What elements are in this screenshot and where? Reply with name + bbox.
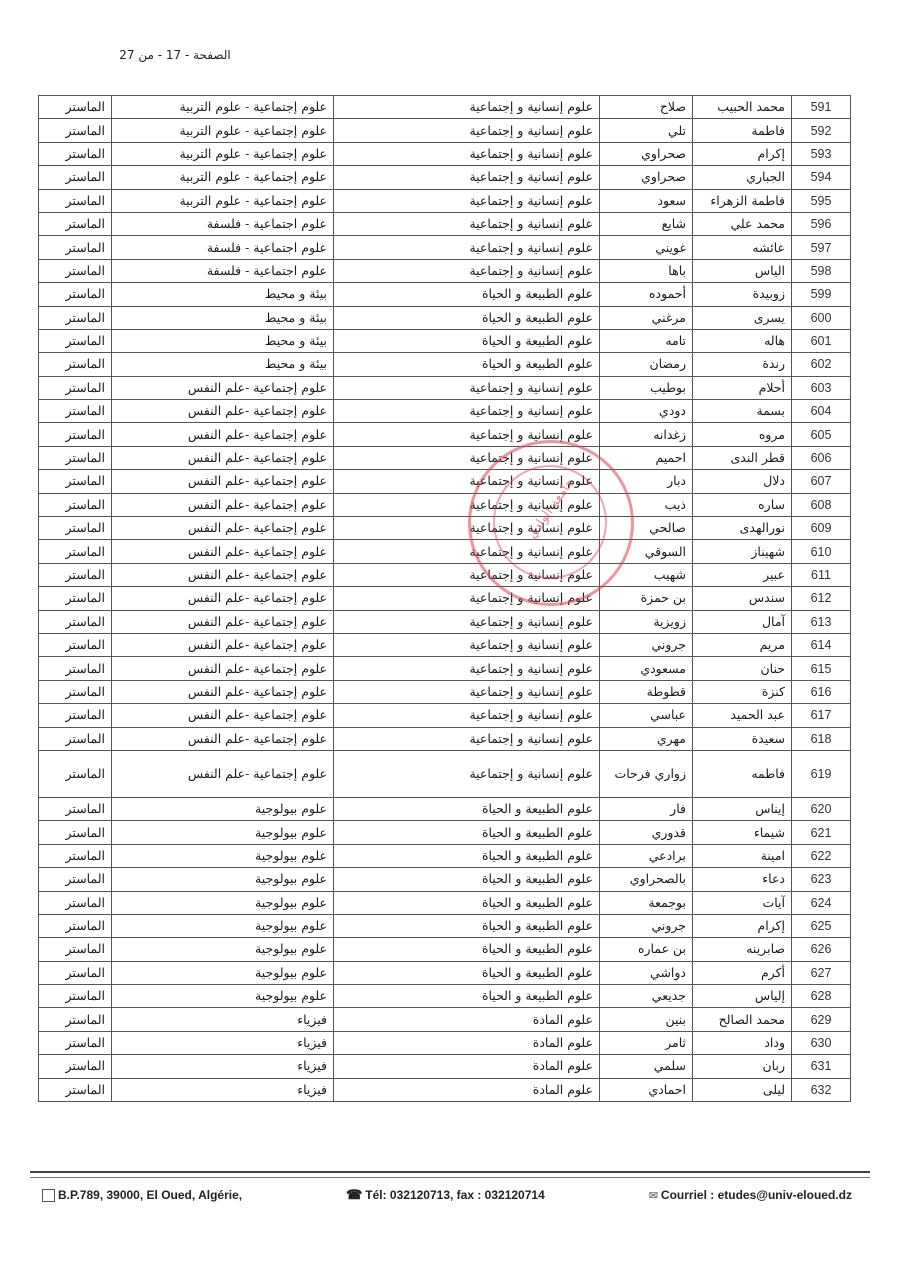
cell-first-name: نورالهدى — [693, 517, 792, 540]
cell-level: الماستر — [39, 259, 112, 282]
cell-specialty: علوم إجتماعية -علم النفس — [112, 470, 334, 493]
cell-first-name: إكرام — [693, 142, 792, 165]
cell-domain: علوم إنسانية و إجتماعية — [334, 236, 600, 259]
cell-last-name: فار — [600, 797, 693, 820]
cell-row-number: 627 — [792, 961, 851, 984]
cell-level: الماستر — [39, 657, 112, 680]
cell-level: الماستر — [39, 142, 112, 165]
cell-first-name: إلياس — [693, 985, 792, 1008]
cell-last-name: بنين — [600, 1008, 693, 1031]
table-row: 624آياتبوجمعةعلوم الطبيعة و الحياةعلوم ب… — [39, 891, 851, 914]
cell-first-name: فاطمه — [693, 750, 792, 797]
cell-specialty: بيئة و محيط — [112, 353, 334, 376]
mailbox-icon — [42, 1189, 55, 1202]
cell-specialty: علوم إجتماعية -علم النفس — [112, 446, 334, 469]
cell-specialty: علوم إجتماعية -علم النفس — [112, 727, 334, 750]
cell-specialty: علوم إجتماعية -علم النفس — [112, 704, 334, 727]
cell-domain: علوم الطبيعة و الحياة — [334, 329, 600, 352]
cell-level: الماستر — [39, 96, 112, 119]
cell-domain: علوم إنسانية و إجتماعية — [334, 633, 600, 656]
cell-first-name: مريم — [693, 633, 792, 656]
cell-domain: علوم المادة — [334, 1008, 600, 1031]
cell-row-number: 603 — [792, 376, 851, 399]
cell-last-name: باها — [600, 259, 693, 282]
cell-first-name: وداد — [693, 1031, 792, 1054]
cell-last-name: صالحي — [600, 517, 693, 540]
cell-domain: علوم إنسانية و إجتماعية — [334, 704, 600, 727]
cell-domain: علوم إنسانية و إجتماعية — [334, 610, 600, 633]
cell-level: الماستر — [39, 470, 112, 493]
cell-last-name: أحموده — [600, 283, 693, 306]
cell-specialty: علوم إجتماعية -علم النفس — [112, 563, 334, 586]
cell-level: الماستر — [39, 236, 112, 259]
cell-domain: علوم الطبيعة و الحياة — [334, 306, 600, 329]
cell-last-name: قدوري — [600, 821, 693, 844]
cell-domain: علوم إنسانية و إجتماعية — [334, 493, 600, 516]
cell-specialty: علوم إجتماعية -علم النفس — [112, 423, 334, 446]
table-row: 620إيناسفارعلوم الطبيعة و الحياةعلوم بيو… — [39, 797, 851, 820]
cell-first-name: دعاء — [693, 868, 792, 891]
cell-specialty: علوم بيولوجية — [112, 844, 334, 867]
cell-specialty: علوم بيولوجية — [112, 985, 334, 1008]
cell-specialty: فيزياء — [112, 1055, 334, 1078]
cell-level: الماستر — [39, 938, 112, 961]
cell-level: الماستر — [39, 329, 112, 352]
table-row: 622امينةبرادعيعلوم الطبيعة و الحياةعلوم … — [39, 844, 851, 867]
cell-last-name: جروني — [600, 633, 693, 656]
table-row: 612سندسبن حمزةعلوم إنسانية و إجتماعيةعلو… — [39, 587, 851, 610]
cell-domain: علوم إنسانية و إجتماعية — [334, 400, 600, 423]
cell-level: الماستر — [39, 891, 112, 914]
cell-first-name: شهيناز — [693, 540, 792, 563]
table-row: 619فاطمهزواري فرحاتعلوم إنسانية و إجتماع… — [39, 750, 851, 797]
table-row: 605مروهزغدانهعلوم إنسانية و إجتماعيةعلوم… — [39, 423, 851, 446]
cell-level: الماستر — [39, 750, 112, 797]
cell-domain: علوم إنسانية و إجتماعية — [334, 727, 600, 750]
cell-first-name: فاطمة الزهراء — [693, 189, 792, 212]
cell-specialty: علوم إجتماعية -علم النفس — [112, 657, 334, 680]
cell-last-name: بن عماره — [600, 938, 693, 961]
cell-domain: علوم إنسانية و إجتماعية — [334, 680, 600, 703]
cell-level: الماستر — [39, 119, 112, 142]
cell-row-number: 602 — [792, 353, 851, 376]
cell-specialty: علوم إجتماعية -علم النفس — [112, 540, 334, 563]
cell-domain: علوم إنسانية و إجتماعية — [334, 446, 600, 469]
cell-domain: علوم إنسانية و إجتماعية — [334, 587, 600, 610]
cell-first-name: إيناس — [693, 797, 792, 820]
cell-last-name: جروني — [600, 914, 693, 937]
cell-row-number: 620 — [792, 797, 851, 820]
cell-level: الماستر — [39, 212, 112, 235]
cell-row-number: 614 — [792, 633, 851, 656]
cell-row-number: 625 — [792, 914, 851, 937]
cell-level: الماستر — [39, 961, 112, 984]
cell-last-name: احميم — [600, 446, 693, 469]
table-row: 627أكرمدواشيعلوم الطبيعة و الحياةعلوم بي… — [39, 961, 851, 984]
cell-specialty: علوم بيولوجية — [112, 961, 334, 984]
cell-domain: علوم إنسانية و إجتماعية — [334, 212, 600, 235]
cell-level: الماستر — [39, 985, 112, 1008]
cell-first-name: بسمة — [693, 400, 792, 423]
cell-row-number: 592 — [792, 119, 851, 142]
cell-first-name: عبد الحميد — [693, 704, 792, 727]
cell-first-name: يسرى — [693, 306, 792, 329]
cell-row-number: 601 — [792, 329, 851, 352]
table-row: 595فاطمة الزهراءسعودعلوم إنسانية و إجتما… — [39, 189, 851, 212]
cell-first-name: آيات — [693, 891, 792, 914]
cell-first-name: آمال — [693, 610, 792, 633]
cell-first-name: ليلى — [693, 1078, 792, 1101]
cell-specialty: علوم إجتماعية -علم النفس — [112, 587, 334, 610]
cell-specialty: فيزياء — [112, 1008, 334, 1031]
cell-level: الماستر — [39, 868, 112, 891]
cell-specialty: علوم إجتماعية -علم النفس — [112, 680, 334, 703]
table-row: 611عبيرشهيبعلوم إنسانية و إجتماعيةعلوم إ… — [39, 563, 851, 586]
footer: B.P.789, 39000, El Oued, Algérie, ☎ Tél:… — [42, 1187, 852, 1203]
cell-level: الماستر — [39, 914, 112, 937]
table-row: 616كنزةقطوطةعلوم إنسانية و إجتماعيةعلوم … — [39, 680, 851, 703]
cell-level: الماستر — [39, 400, 112, 423]
cell-level: الماستر — [39, 844, 112, 867]
cell-domain: علوم إنسانية و إجتماعية — [334, 423, 600, 446]
cell-domain: علوم الطبيعة و الحياة — [334, 844, 600, 867]
cell-domain: علوم الطبيعة و الحياة — [334, 961, 600, 984]
cell-row-number: 618 — [792, 727, 851, 750]
footer-divider — [30, 1171, 870, 1178]
cell-last-name: زواري فرحات — [600, 750, 693, 797]
table-row: 618سعيدةمهريعلوم إنسانية و إجتماعيةعلوم … — [39, 727, 851, 750]
cell-last-name: تلي — [600, 119, 693, 142]
cell-level: الماستر — [39, 446, 112, 469]
cell-last-name: سعود — [600, 189, 693, 212]
cell-last-name: رمضان — [600, 353, 693, 376]
cell-row-number: 623 — [792, 868, 851, 891]
cell-specialty: علوم إجتماعية -علم النفس — [112, 633, 334, 656]
cell-last-name: مسعودي — [600, 657, 693, 680]
cell-last-name: برادعي — [600, 844, 693, 867]
table-row: 621شيماءقدوريعلوم الطبيعة و الحياةعلوم ب… — [39, 821, 851, 844]
cell-last-name: بن حمزة — [600, 587, 693, 610]
cell-last-name: دواشي — [600, 961, 693, 984]
cell-level: الماستر — [39, 821, 112, 844]
email-text: Courriel : etudes@univ-eloued.dz — [661, 1188, 852, 1202]
cell-last-name: بوجمعة — [600, 891, 693, 914]
cell-specialty: علوم بيولوجية — [112, 821, 334, 844]
cell-row-number: 631 — [792, 1055, 851, 1078]
cell-domain: علوم الطبيعة و الحياة — [334, 868, 600, 891]
cell-last-name: جديعي — [600, 985, 693, 1008]
cell-first-name: رندة — [693, 353, 792, 376]
cell-row-number: 597 — [792, 236, 851, 259]
footer-phone: ☎ Tél: 032120713, fax : 032120714 — [346, 1187, 545, 1203]
cell-first-name: دلال — [693, 470, 792, 493]
cell-specialty: علوم إجتماعية - علوم التربية — [112, 119, 334, 142]
cell-first-name: محمد الحبيب — [693, 96, 792, 119]
cell-first-name: هاله — [693, 329, 792, 352]
cell-row-number: 622 — [792, 844, 851, 867]
cell-last-name: عباسي — [600, 704, 693, 727]
cell-row-number: 626 — [792, 938, 851, 961]
cell-row-number: 598 — [792, 259, 851, 282]
cell-first-name: إكرام — [693, 914, 792, 937]
cell-last-name: زغدانه — [600, 423, 693, 446]
cell-level: الماستر — [39, 587, 112, 610]
cell-domain: علوم إنسانية و إجتماعية — [334, 119, 600, 142]
cell-row-number: 611 — [792, 563, 851, 586]
cell-last-name: احمادي — [600, 1078, 693, 1101]
cell-specialty: علوم بيولوجية — [112, 797, 334, 820]
cell-row-number: 632 — [792, 1078, 851, 1101]
cell-first-name: سعيدة — [693, 727, 792, 750]
table-row: 617عبد الحميدعباسيعلوم إنسانية و إجتماعي… — [39, 704, 851, 727]
cell-row-number: 615 — [792, 657, 851, 680]
cell-row-number: 608 — [792, 493, 851, 516]
table-row: 591محمد الحبيبصلاحعلوم إنسانية و إجتماعي… — [39, 96, 851, 119]
address-text: B.P.789, 39000, El Oued, Algérie, — [58, 1188, 242, 1202]
cell-specialty: علوم إجتماعية - علوم التربية — [112, 142, 334, 165]
cell-level: الماستر — [39, 376, 112, 399]
cell-domain: علوم إنسانية و إجتماعية — [334, 189, 600, 212]
cell-first-name: صابرينه — [693, 938, 792, 961]
cell-row-number: 596 — [792, 212, 851, 235]
table-row: 603أحلامبوطيبعلوم إنسانية و إجتماعيةعلوم… — [39, 376, 851, 399]
cell-specialty: بيئة و محيط — [112, 329, 334, 352]
cell-domain: علوم الطبيعة و الحياة — [334, 353, 600, 376]
cell-domain: علوم إنسانية و إجتماعية — [334, 142, 600, 165]
cell-domain: علوم إنسانية و إجتماعية — [334, 470, 600, 493]
cell-specialty: علوم إجتماعية - علوم التربية — [112, 166, 334, 189]
cell-row-number: 619 — [792, 750, 851, 797]
cell-level: الماستر — [39, 353, 112, 376]
cell-last-name: بالصحراوي — [600, 868, 693, 891]
cell-specialty: علوم بيولوجية — [112, 868, 334, 891]
cell-row-number: 610 — [792, 540, 851, 563]
cell-first-name: حنان — [693, 657, 792, 680]
table-row: 596محمد عليشايععلوم إنسانية و إجتماعيةعل… — [39, 212, 851, 235]
cell-specialty: فيزياء — [112, 1078, 334, 1101]
cell-domain: علوم إنسانية و إجتماعية — [334, 96, 600, 119]
cell-domain: علوم إنسانية و إجتماعية — [334, 540, 600, 563]
cell-last-name: ذيب — [600, 493, 693, 516]
table-row: 613آمالزويزيةعلوم إنسانية و إجتماعيةعلوم… — [39, 610, 851, 633]
cell-specialty: علوم بيولوجية — [112, 914, 334, 937]
page-indicator: الصفحة - 17 - من 27 — [100, 48, 250, 62]
table-row: 632ليلىاحماديعلوم المادةفيزياءالماستر — [39, 1078, 851, 1101]
cell-row-number: 629 — [792, 1008, 851, 1031]
cell-row-number: 604 — [792, 400, 851, 423]
cell-domain: علوم إنسانية و إجتماعية — [334, 563, 600, 586]
cell-row-number: 617 — [792, 704, 851, 727]
cell-specialty: علوم إجتماعية -علم النفس — [112, 750, 334, 797]
cell-first-name: سندس — [693, 587, 792, 610]
cell-level: الماستر — [39, 727, 112, 750]
table-row: 629محمد الصالحبنينعلوم المادةفيزياءالماس… — [39, 1008, 851, 1031]
cell-specialty: علوم إجتماعية -علم النفس — [112, 610, 334, 633]
envelope-icon: ✉ — [649, 1189, 658, 1202]
cell-row-number: 624 — [792, 891, 851, 914]
cell-row-number: 612 — [792, 587, 851, 610]
table-row: 592فاطمةتليعلوم إنسانية و إجتماعيةعلوم إ… — [39, 119, 851, 142]
cell-specialty: علوم إجتماعية - علوم التربية — [112, 96, 334, 119]
table-row: 631ربانسلميعلوم المادةفيزياءالماستر — [39, 1055, 851, 1078]
table-row: 610شهينازالسوقيعلوم إنسانية و إجتماعيةعل… — [39, 540, 851, 563]
cell-first-name: شيماء — [693, 821, 792, 844]
cell-last-name: دودي — [600, 400, 693, 423]
cell-first-name: محمد الصالح — [693, 1008, 792, 1031]
table-row: 601هالهتامهعلوم الطبيعة و الحياةبيئة و م… — [39, 329, 851, 352]
cell-last-name: سلمي — [600, 1055, 693, 1078]
table-row: 614مريمجرونيعلوم إنسانية و إجتماعيةعلوم … — [39, 633, 851, 656]
cell-first-name: ساره — [693, 493, 792, 516]
cell-first-name: امينة — [693, 844, 792, 867]
cell-level: الماستر — [39, 1055, 112, 1078]
cell-domain: علوم الطبيعة و الحياة — [334, 938, 600, 961]
cell-last-name: صحراوي — [600, 166, 693, 189]
cell-row-number: 600 — [792, 306, 851, 329]
cell-specialty: بيئة و محيط — [112, 306, 334, 329]
cell-last-name: قطوطة — [600, 680, 693, 703]
cell-last-name: ثامر — [600, 1031, 693, 1054]
table-row: 615حنانمسعوديعلوم إنسانية و إجتماعيةعلوم… — [39, 657, 851, 680]
cell-domain: علوم إنسانية و إجتماعية — [334, 166, 600, 189]
cell-first-name: مروه — [693, 423, 792, 446]
cell-domain: علوم الطبيعة و الحياة — [334, 821, 600, 844]
cell-level: الماستر — [39, 493, 112, 516]
cell-row-number: 609 — [792, 517, 851, 540]
cell-first-name: زوبيدة — [693, 283, 792, 306]
cell-row-number: 616 — [792, 680, 851, 703]
table-row: 593إكرامصحراويعلوم إنسانية و إجتماعيةعلو… — [39, 142, 851, 165]
cell-specialty: بيئة و محيط — [112, 283, 334, 306]
cell-row-number: 630 — [792, 1031, 851, 1054]
cell-level: الماستر — [39, 1008, 112, 1031]
cell-row-number: 605 — [792, 423, 851, 446]
table-row: 630ودادثامرعلوم المادةفيزياءالماستر — [39, 1031, 851, 1054]
table-row: 600يسرىمرغنيعلوم الطبيعة و الحياةبيئة و … — [39, 306, 851, 329]
cell-last-name: مرغني — [600, 306, 693, 329]
table-row: 602رندةرمضانعلوم الطبيعة و الحياةبيئة و … — [39, 353, 851, 376]
cell-domain: علوم إنسانية و إجتماعية — [334, 657, 600, 680]
cell-specialty: علوم إجتماعية -علم النفس — [112, 400, 334, 423]
cell-last-name: شهيب — [600, 563, 693, 586]
cell-level: الماستر — [39, 166, 112, 189]
cell-row-number: 599 — [792, 283, 851, 306]
cell-row-number: 613 — [792, 610, 851, 633]
cell-first-name: محمد علي — [693, 212, 792, 235]
cell-first-name: أكرم — [693, 961, 792, 984]
cell-first-name: الجباري — [693, 166, 792, 189]
cell-specialty: فيزياء — [112, 1031, 334, 1054]
table-row: 604بسمةدوديعلوم إنسانية و إجتماعيةعلوم إ… — [39, 400, 851, 423]
footer-address: B.P.789, 39000, El Oued, Algérie, — [42, 1188, 242, 1202]
table-row: 623دعاءبالصحراويعلوم الطبيعة و الحياةعلو… — [39, 868, 851, 891]
cell-specialty: علوم إجتماعية - علوم التربية — [112, 189, 334, 212]
cell-domain: علوم إنسانية و إجتماعية — [334, 376, 600, 399]
cell-level: الماستر — [39, 797, 112, 820]
cell-first-name: قطر الندى — [693, 446, 792, 469]
cell-domain: علوم إنسانية و إجتماعية — [334, 750, 600, 797]
table-row: 606قطر الندىاحميمعلوم إنسانية و إجتماعية… — [39, 446, 851, 469]
cell-level: الماستر — [39, 610, 112, 633]
cell-specialty: علوم بيولوجية — [112, 938, 334, 961]
cell-last-name: صلاح — [600, 96, 693, 119]
cell-level: الماستر — [39, 1031, 112, 1054]
cell-level: الماستر — [39, 189, 112, 212]
cell-level: الماستر — [39, 517, 112, 540]
cell-last-name: زويزية — [600, 610, 693, 633]
table-row: 626صابرينهبن عمارهعلوم الطبيعة و الحياةع… — [39, 938, 851, 961]
cell-last-name: شايع — [600, 212, 693, 235]
cell-domain: علوم المادة — [334, 1055, 600, 1078]
table-row: 625إكرامجرونيعلوم الطبيعة و الحياةعلوم ب… — [39, 914, 851, 937]
phone-text: Tél: 032120713, fax : 032120714 — [365, 1188, 544, 1202]
cell-specialty: علوم اجتماعية - فلسفة — [112, 259, 334, 282]
cell-specialty: علوم إجتماعية -علم النفس — [112, 493, 334, 516]
cell-first-name: كنزة — [693, 680, 792, 703]
cell-specialty: علوم اجتماعية - فلسفة — [112, 236, 334, 259]
cell-specialty: علوم إجتماعية -علم النفس — [112, 376, 334, 399]
table-row: 599زوبيدةأحمودهعلوم الطبيعة و الحياةبيئة… — [39, 283, 851, 306]
cell-level: الماستر — [39, 563, 112, 586]
cell-level: الماستر — [39, 306, 112, 329]
cell-last-name: صحراوي — [600, 142, 693, 165]
cell-row-number: 591 — [792, 96, 851, 119]
table-row: 607دلالدبارعلوم إنسانية و إجتماعيةعلوم إ… — [39, 470, 851, 493]
students-table: 591محمد الحبيبصلاحعلوم إنسانية و إجتماعي… — [38, 95, 851, 1102]
cell-first-name: الياس — [693, 259, 792, 282]
cell-last-name: دبار — [600, 470, 693, 493]
cell-specialty: علوم اجتماعية - فلسفة — [112, 212, 334, 235]
table-row: 609نورالهدىصالحيعلوم إنسانية و إجتماعيةع… — [39, 517, 851, 540]
cell-row-number: 621 — [792, 821, 851, 844]
table-row: 594الجباريصحراويعلوم إنسانية و إجتماعيةع… — [39, 166, 851, 189]
cell-level: الماستر — [39, 540, 112, 563]
cell-first-name: أحلام — [693, 376, 792, 399]
table-row: 598الياسباهاعلوم إنسانية و إجتماعيةعلوم … — [39, 259, 851, 282]
cell-last-name: السوقي — [600, 540, 693, 563]
cell-row-number: 628 — [792, 985, 851, 1008]
cell-domain: علوم إنسانية و إجتماعية — [334, 259, 600, 282]
cell-row-number: 606 — [792, 446, 851, 469]
cell-level: الماستر — [39, 423, 112, 446]
cell-first-name: ربان — [693, 1055, 792, 1078]
cell-row-number: 595 — [792, 189, 851, 212]
cell-first-name: فاطمة — [693, 119, 792, 142]
table-row: 597عائشهغوينيعلوم إنسانية و إجتماعيةعلوم… — [39, 236, 851, 259]
phone-icon: ☎ — [346, 1187, 362, 1203]
cell-domain: علوم الطبيعة و الحياة — [334, 797, 600, 820]
cell-last-name: تامه — [600, 329, 693, 352]
cell-row-number: 593 — [792, 142, 851, 165]
table-row: 628إلياسجديعيعلوم الطبيعة و الحياةعلوم ب… — [39, 985, 851, 1008]
cell-last-name: غويني — [600, 236, 693, 259]
cell-first-name: عبير — [693, 563, 792, 586]
cell-last-name: مهري — [600, 727, 693, 750]
cell-level: الماستر — [39, 704, 112, 727]
cell-row-number: 594 — [792, 166, 851, 189]
cell-specialty: علوم إجتماعية -علم النفس — [112, 517, 334, 540]
cell-domain: علوم الطبيعة و الحياة — [334, 914, 600, 937]
cell-last-name: بوطيب — [600, 376, 693, 399]
cell-level: الماستر — [39, 283, 112, 306]
cell-level: الماستر — [39, 1078, 112, 1101]
cell-domain: علوم المادة — [334, 1031, 600, 1054]
cell-level: الماستر — [39, 680, 112, 703]
cell-domain: علوم الطبيعة و الحياة — [334, 985, 600, 1008]
cell-specialty: علوم بيولوجية — [112, 891, 334, 914]
cell-domain: علوم الطبيعة و الحياة — [334, 891, 600, 914]
cell-domain: علوم إنسانية و إجتماعية — [334, 517, 600, 540]
